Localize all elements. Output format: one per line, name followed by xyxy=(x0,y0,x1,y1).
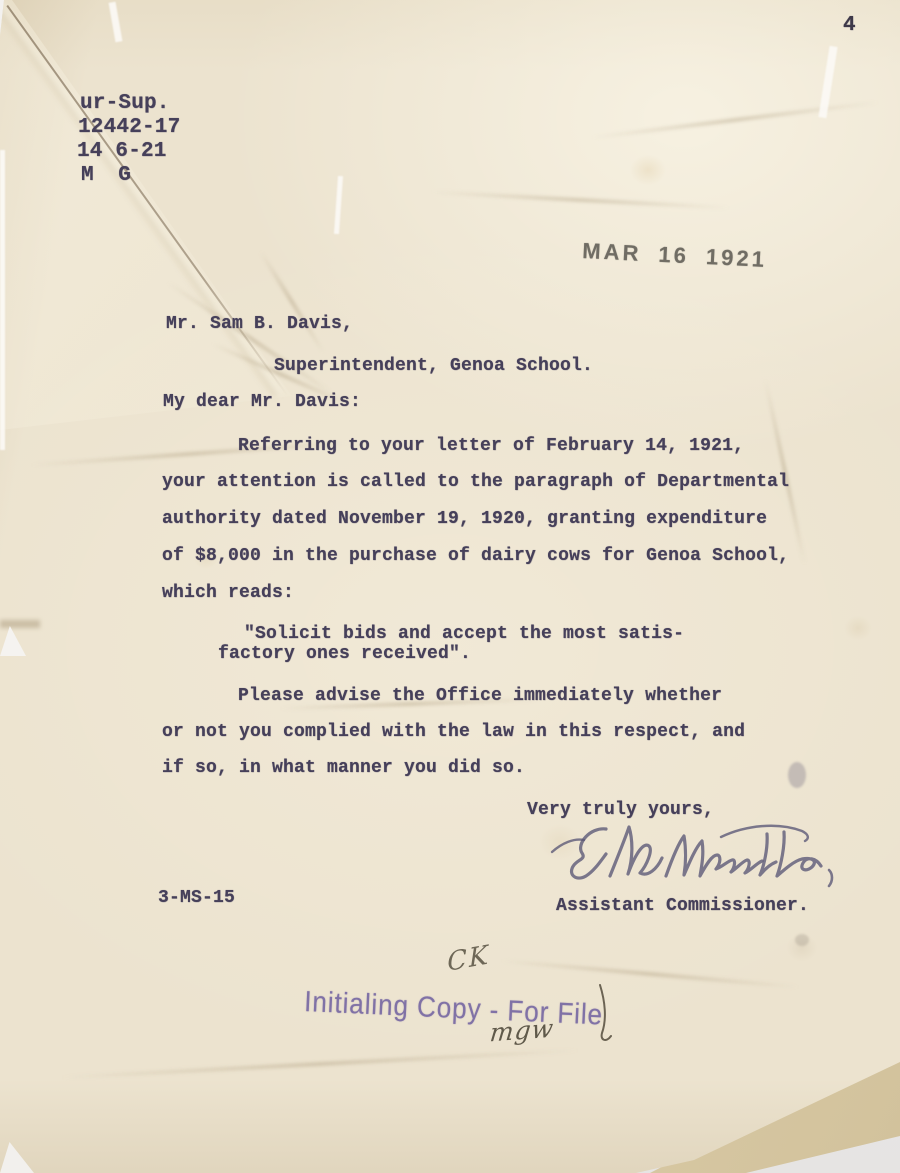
file-reference-block: ur-Sup. 12442-17 14 6-21 M G xyxy=(80,92,180,188)
handwritten-tick-mark xyxy=(592,983,622,1045)
body-line: which reads: xyxy=(162,583,294,603)
page-number: 4 xyxy=(843,14,856,37)
edge-notch-shadow xyxy=(0,620,40,628)
ink-smudge xyxy=(795,934,809,946)
wrinkle xyxy=(591,100,879,139)
wrinkle xyxy=(430,190,730,210)
quoted-line: factory ones received". xyxy=(218,644,471,664)
file-reference-line: 14 6-21 xyxy=(77,140,180,164)
wrinkle xyxy=(60,1048,579,1079)
body-line: if so, in what manner you did so. xyxy=(162,758,525,778)
filing-stamp: Initialing Copy - For File xyxy=(304,986,604,1033)
body-line: your attention is called to the paragrap… xyxy=(162,472,789,492)
reference-code-line: 3-MS-15 xyxy=(158,888,235,908)
letter-page: ur-Sup. 12442-17 14 6-21 M G 4 MAR 16 19… xyxy=(0,0,900,1173)
file-reference-line: 12442-17 xyxy=(78,116,180,140)
signer-title-line: Assistant Commissioner. xyxy=(556,896,809,916)
edge-notch xyxy=(0,626,26,656)
paper-tear xyxy=(109,2,123,43)
secondary-initials: mgw xyxy=(489,1014,556,1048)
body-line: Referring to your letter of February 14,… xyxy=(238,436,744,456)
ink-smudge xyxy=(788,762,806,788)
quoted-line: "Solicit bids and accept the most satis- xyxy=(244,624,684,644)
file-reference-line: ur-Sup. xyxy=(80,92,180,116)
salutation-line: My dear Mr. Davis: xyxy=(163,392,361,412)
scan-background: ur-Sup. 12442-17 14 6-21 M G 4 MAR 16 19… xyxy=(0,0,900,1173)
body-line: Please advise the Office immediately whe… xyxy=(238,686,722,706)
recipient-name-line: Mr. Sam B. Davis, xyxy=(166,314,353,334)
body-line: of $8,000 in the purchase of dairy cows … xyxy=(162,546,789,566)
body-line: or not you complied with the law in this… xyxy=(162,722,745,742)
bottom-left-fold xyxy=(0,1142,34,1173)
paper-edge-sliver xyxy=(0,150,5,450)
received-date-stamp: MAR 16 1921 xyxy=(582,238,768,273)
paper-tear xyxy=(334,176,343,234)
clerk-initials: CK xyxy=(447,940,491,978)
recipient-title-line: Superintendent, Genoa School. xyxy=(274,356,593,376)
body-line: authority dated November 19, 1920, grant… xyxy=(162,509,767,529)
wrinkle xyxy=(500,959,799,989)
signature-eb-meritt xyxy=(548,814,838,896)
file-reference-line: M G xyxy=(81,164,180,188)
wrinkle xyxy=(259,250,326,354)
